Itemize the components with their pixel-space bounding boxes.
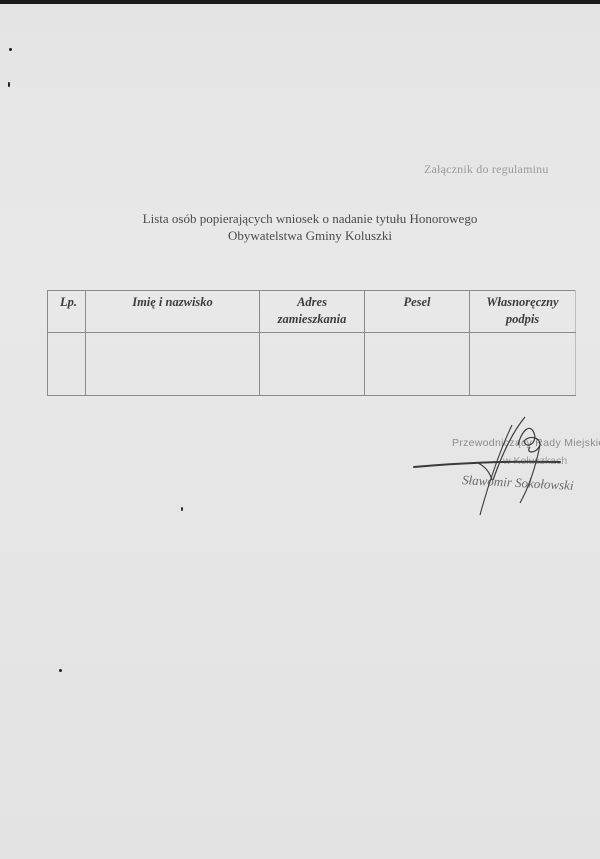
cell-pesel [365, 333, 470, 396]
cell-signature [470, 333, 576, 396]
scan-speck [9, 48, 12, 51]
handwritten-signature-icon [400, 405, 600, 530]
header-address: Adreszamieszkania [260, 291, 365, 333]
scan-top-edge [0, 0, 600, 4]
scan-speck [8, 82, 10, 87]
scan-speck [59, 669, 62, 672]
table-header-row: Lp. Imię i nazwisko Adreszamieszkania Pe… [48, 291, 576, 333]
scan-speck [181, 507, 183, 511]
table-row [48, 333, 576, 396]
cell-address [260, 333, 365, 396]
header-pesel: Pesel [365, 291, 470, 333]
scanned-page: Załącznik do regulaminu Lista osób popie… [0, 0, 600, 859]
header-name: Imię i nazwisko [86, 291, 260, 333]
cell-lp [48, 333, 86, 396]
supporters-table: Lp. Imię i nazwisko Adreszamieszkania Pe… [47, 290, 576, 396]
document-title-line2: Obywatelstwa Gminy Koluszki [0, 227, 600, 244]
annex-label: Załącznik do regulaminu [424, 162, 549, 177]
document-title-line1: Lista osób popierających wniosek o nadan… [0, 210, 600, 227]
header-signature: Własnoręcznypodpis [470, 291, 576, 333]
cell-name [86, 333, 260, 396]
header-lp: Lp. [48, 291, 86, 333]
